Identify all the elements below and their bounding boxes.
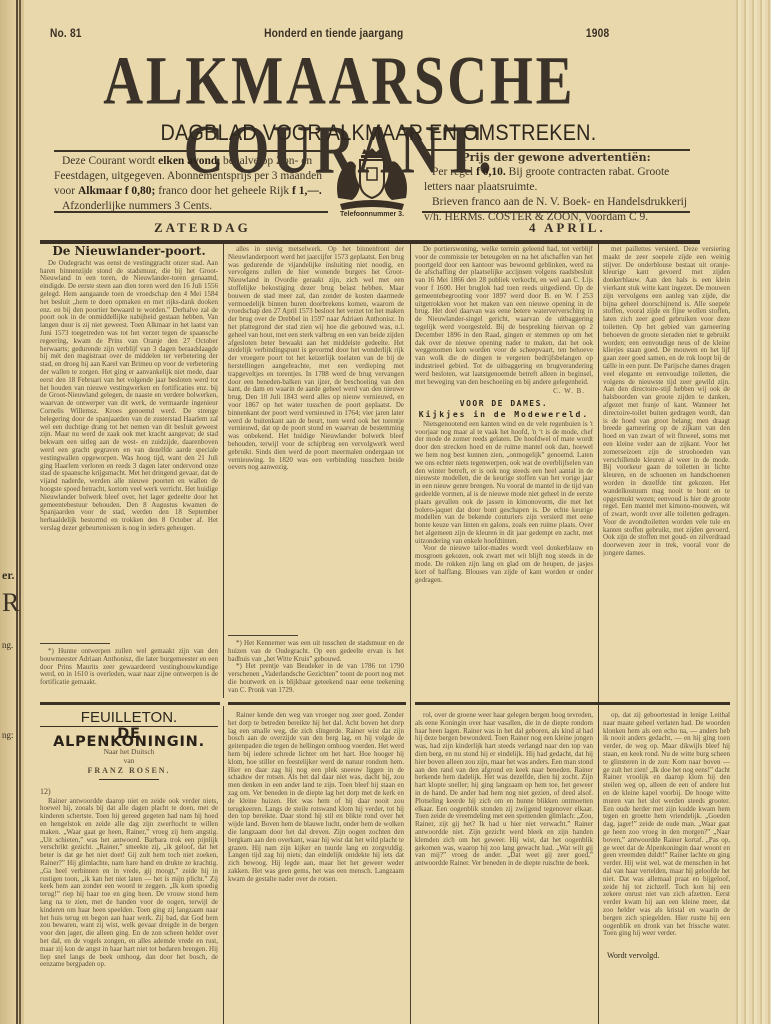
feuilleton-divider	[40, 702, 220, 705]
subheading-modewereld: Kijkjes in de Modewereld.	[415, 411, 593, 419]
margin-snippet: R	[2, 588, 19, 618]
issue-number: No. 81	[50, 26, 82, 40]
article-column-4: met paillettes versierd. Deze versiering…	[603, 246, 730, 698]
footnotes-column-2: *) Het Kennemer was een uit tusschen de …	[228, 630, 404, 698]
chapter-number: 12)	[40, 788, 218, 796]
feuilleton-column-1: FEUILLETON. DE ALPENKONINGIN. Naar het D…	[40, 710, 218, 1024]
margin-snippet: er.	[2, 568, 15, 583]
feuilleton-heading: FEUILLETON.	[40, 714, 218, 722]
binding-edge-left	[0, 0, 18, 1024]
margin-snippet: ng:	[2, 730, 14, 740]
rule-left-top	[54, 150, 328, 152]
article-body: De Oudegracht was eenst de vestinggracht…	[40, 260, 218, 533]
issue-line: No. 81 Honderd en tiende jaargang 1908	[50, 26, 609, 40]
article-column-3: De portierswoning, welke terrein geleend…	[415, 246, 593, 698]
story-title: DE ALPENKONINGIN.	[40, 731, 218, 747]
advertising-notice: Prijs der gewone advertentiën: Per regel…	[424, 150, 688, 225]
binding-edge-right	[733, 0, 771, 1024]
article-title: De Nieuwlander-poort.	[40, 248, 218, 256]
footnote-nieuwlander: *) Hunne ontwerpen zullen wel gemaakt zi…	[40, 638, 218, 698]
issue-year: 1908	[586, 26, 609, 40]
volume-label: Honderd en tiende jaargang	[264, 26, 403, 40]
column-rule	[223, 706, 224, 1024]
feuilleton-divider	[228, 702, 406, 705]
subscription-notice: Deze Courant wordt elken avond, behalve …	[54, 154, 334, 214]
feuilleton-column-2: Rainer kende den weg van vroeger nog zee…	[228, 712, 404, 1024]
header-divider	[40, 240, 700, 244]
column-rule	[223, 244, 224, 698]
article-nieuwlander-poort: De Nieuwlander-poort. De Oudegracht was …	[40, 246, 218, 638]
article-nieuwlander-continued: alles in stevig metselwerk. Op het binne…	[228, 246, 404, 626]
section-heading-voor-de-dames: VOOR DE DAMES.	[415, 400, 593, 408]
continued-note: Wordt vervolgd.	[607, 951, 659, 960]
column-rule	[598, 244, 599, 1024]
binding-line	[19, 0, 21, 1024]
coat-of-arms-icon	[332, 148, 412, 216]
story-author: FRANZ ROSEN.	[40, 767, 218, 775]
margin-snippet: ng.	[2, 640, 13, 650]
column-rule	[410, 244, 411, 1024]
date-label: 4 APRIL.	[529, 220, 606, 236]
feuilleton-column-3: rol, over de groene weer haar gelegen be…	[415, 712, 593, 1024]
feuilleton-column-4: op, dat zij geboortestad in lenige Leith…	[603, 712, 730, 942]
newspaper-page: No. 81 Honderd en tiende jaargang 1908 A…	[24, 0, 733, 1024]
feuilleton-divider	[415, 702, 730, 705]
telephone-number: Telefoonnummer 3.	[327, 211, 417, 218]
article-signature: C. W. B.	[415, 388, 585, 396]
weekday-label: ZATERDAG	[154, 220, 251, 236]
masthead-subtitle: DAGBLAD VOOR ALKMAAR EN OMSTREKEN.	[59, 120, 697, 146]
